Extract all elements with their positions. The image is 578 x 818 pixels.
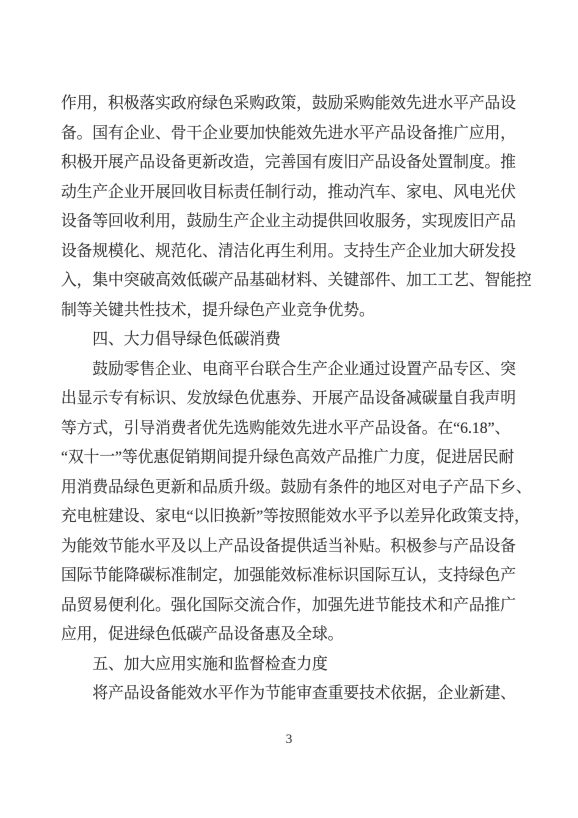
document-body: 作用，积极落实政府绿色采购政策，鼓励采购能效先进水平产品设备。国有企业、骨干企业… <box>61 89 523 709</box>
text-line: 制等关键共性技术，提升绿色产业竞争优势。 <box>61 296 523 326</box>
text-line: 鼓励零售企业、电商平台联合生产企业通过设置产品专区、突 <box>61 355 523 385</box>
text-line: 设备等回收利用，鼓励生产企业主动提供回收服务，实现废旧产品 <box>61 207 523 237</box>
section-heading: 四、大力倡导绿色低碳消费 <box>61 325 523 355</box>
page-number: 3 <box>0 731 578 747</box>
text-line: 动生产企业开展回收目标责任制行动，推动汽车、家电、风电光伏 <box>61 178 523 208</box>
text-line: 作用，积极落实政府绿色采购政策，鼓励采购能效先进水平产品设 <box>61 89 523 119</box>
text-line: 国际节能降碳标准制定，加强能效标准标识国际互认，支持绿色产 <box>61 561 523 591</box>
text-line: 出显示专有标识、发放绿色优惠券、开展产品设备减碳量自我声明 <box>61 384 523 414</box>
text-line: “双十一”等优惠促销期间提升绿色高效产品推广力度，促进居民耐 <box>61 443 523 473</box>
text-line: 备。国有企业、骨干企业要加快能效先进水平产品设备推广应用， <box>61 119 523 149</box>
text-line: 设备规模化、规范化、清洁化再生利用。支持生产企业加大研发投 <box>61 237 523 267</box>
text-line: 将产品设备能效水平作为节能审查重要技术依据，企业新建、 <box>61 679 523 709</box>
text-line: 入，集中突破高效低碳产品基础材料、关键部件、加工工艺、智能控 <box>61 266 523 296</box>
text-line: 为能效节能水平及以上产品设备提供适当补贴。积极参与产品设备 <box>61 532 523 562</box>
document-page: 作用，积极落实政府绿色采购政策，鼓励采购能效先进水平产品设备。国有企业、骨干企业… <box>0 0 578 818</box>
text-line: 用消费品绿色更新和品质升级。鼓励有条件的地区对电子产品下乡、 <box>61 473 523 503</box>
section-heading: 五、加大应用实施和监督检查力度 <box>61 650 523 680</box>
text-line: 应用，促进绿色低碳产品设备惠及全球。 <box>61 620 523 650</box>
text-line: 积极开展产品设备更新改造，完善国有废旧产品设备处置制度。推 <box>61 148 523 178</box>
text-line: 等方式，引导消费者优先选购能效先进水平产品设备。在“6.18”、 <box>61 414 523 444</box>
text-line: 品贸易便利化。强化国际交流合作，加强先进节能技术和产品推广 <box>61 591 523 621</box>
text-line: 充电桩建设、家电“以旧换新”等按照能效水平予以差异化政策支持， <box>61 502 523 532</box>
